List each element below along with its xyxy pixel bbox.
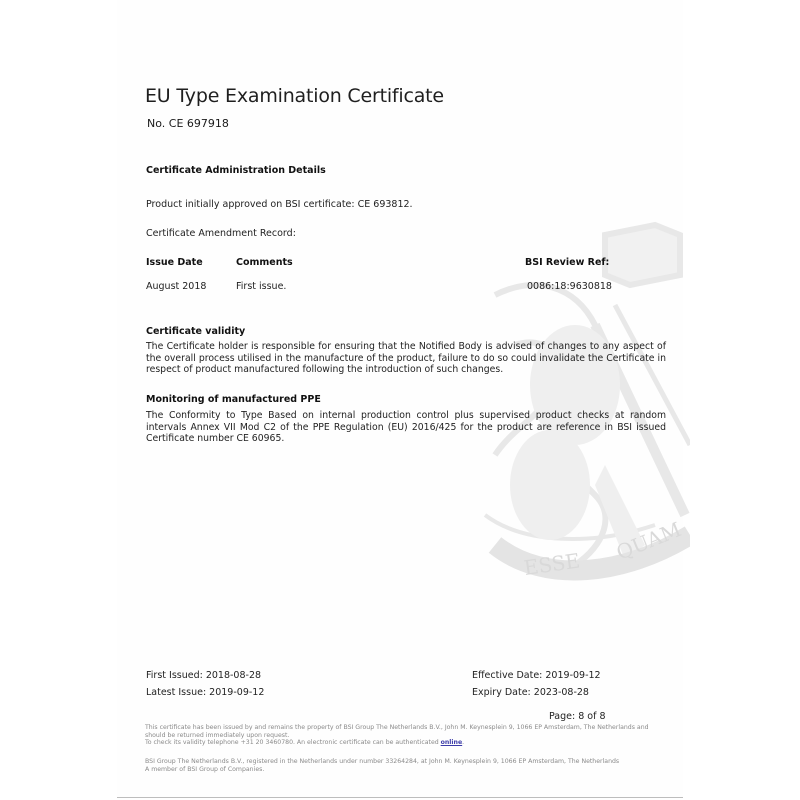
amendment-record-label: Certificate Amendment Record: <box>146 228 296 239</box>
issue-date-cell: August 2018 <box>146 281 206 292</box>
fine-print-line-4: BSI Group The Netherlands B.V., register… <box>145 758 619 766</box>
column-header-review-ref: BSI Review Ref: <box>525 257 609 268</box>
fine-print-line-2: should be returned immediately upon requ… <box>145 732 649 740</box>
expiry-date: Expiry Date: 2023-08-28 <box>472 687 589 698</box>
column-header-comments: Comments <box>236 257 293 268</box>
latest-issue-date: Latest Issue: 2019-09-12 <box>146 687 264 698</box>
fine-print-line-3: To check its validity telephone +31 20 3… <box>145 739 649 747</box>
certificate-number: No. CE 697918 <box>147 117 229 130</box>
fine-print-line-5: A member of BSI Group of Companies. <box>145 766 619 774</box>
monitoring-heading: Monitoring of manufactured PPE <box>146 394 321 405</box>
comments-cell: First issue. <box>236 281 286 292</box>
document-title: EU Type Examination Certificate <box>145 85 444 107</box>
first-issued-date: First Issued: 2018-08-28 <box>146 670 261 681</box>
review-ref-cell: 0086:18:9630818 <box>527 281 612 292</box>
fine-print-validity-text: To check its validity telephone +31 20 3… <box>145 739 441 746</box>
fine-print-ownership: This certificate has been issued by and … <box>145 724 649 747</box>
fine-print-period: . <box>462 739 464 746</box>
effective-date: Effective Date: 2019-09-12 <box>472 670 601 681</box>
online-link[interactable]: online <box>441 739 463 746</box>
initial-approval-text: Product initially approved on BSI certif… <box>146 199 413 210</box>
monitoring-text: The Conformity to Type Based on internal… <box>146 410 666 445</box>
fine-print-line-1: This certificate has been issued by and … <box>145 724 649 732</box>
column-header-issue-date: Issue Date <box>146 257 203 268</box>
fine-print-registration: BSI Group The Netherlands B.V., register… <box>145 758 619 773</box>
validity-text: The Certificate holder is responsible fo… <box>146 341 666 376</box>
validity-heading: Certificate validity <box>146 326 245 337</box>
page-indicator: Page: 8 of 8 <box>549 711 606 722</box>
admin-heading: Certificate Administration Details <box>146 165 326 176</box>
